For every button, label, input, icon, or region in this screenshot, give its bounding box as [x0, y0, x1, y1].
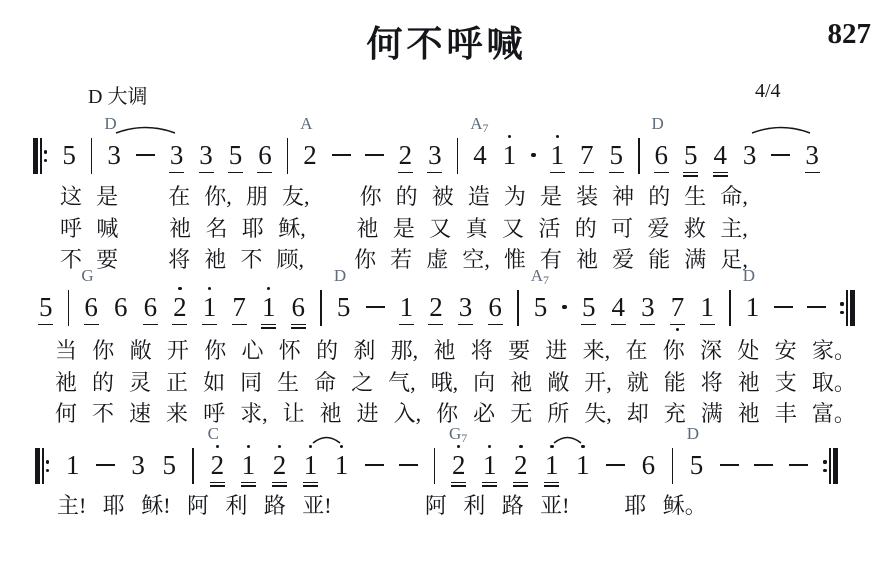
colon-dot: [840, 302, 843, 305]
octave-dot-slot-above: [172, 283, 188, 292]
lyric-gap: [386, 492, 408, 519]
octave-dot-slot-above: [202, 283, 218, 292]
octave-dot-slot-above: [754, 441, 773, 450]
lyric-char: 在: [625, 337, 647, 364]
note: 1: [65, 441, 81, 491]
note: 2C: [210, 441, 226, 491]
note-digit: 1: [399, 292, 415, 322]
note-body: [754, 450, 773, 480]
repeat-colon-dots: [44, 138, 47, 174]
note: 1: [334, 441, 350, 491]
underline-slot: [241, 480, 257, 491]
underline-slot: [487, 322, 503, 333]
octave-dot-slot-above: [531, 131, 536, 140]
note-body: 1: [550, 140, 566, 170]
note-body: 1: [261, 292, 277, 322]
lyric-char: 敞: [130, 337, 152, 364]
underline-slot: [198, 170, 214, 181]
note-body: [365, 450, 384, 480]
underline-slot: [789, 480, 808, 491]
duration-dash: [399, 441, 418, 491]
beam-underline: [172, 324, 187, 326]
lyric-gap: [586, 492, 608, 519]
note-body: 3: [742, 140, 758, 170]
underline-slot: [291, 322, 307, 333]
octave-dot-below-icon: [676, 328, 680, 332]
beam-underline: [241, 485, 256, 487]
underline-slot: [575, 480, 591, 491]
repeat-colon-dots: [46, 448, 49, 484]
note-digit: 5: [161, 450, 177, 480]
underline-slot: [531, 170, 536, 181]
note-digit: 1: [241, 450, 257, 480]
beam-underline: [579, 172, 594, 174]
duration-dash: [774, 283, 793, 333]
underline-slot: [640, 322, 656, 333]
lyric-char: 进: [357, 400, 379, 427]
note: 5: [61, 131, 77, 181]
octave-dot-slot-above: [804, 131, 820, 140]
note: 1: [202, 283, 218, 333]
chord-extension: 7: [461, 431, 467, 445]
underline-slot: [513, 480, 529, 491]
chord-root: G: [449, 424, 461, 443]
lyric-char: 祂: [356, 215, 378, 242]
lyric-char: 在: [168, 183, 190, 210]
refrain-line: 主!耶稣!阿利路亚!阿利路亚!耶稣。: [57, 492, 707, 524]
lyric-char: 灵: [129, 369, 151, 396]
note: 2A: [302, 131, 318, 181]
note-digit: 5: [608, 140, 624, 170]
augmentation-dot: [562, 283, 567, 333]
underline-slot: [257, 170, 273, 181]
lyric-char: 惟: [504, 246, 526, 273]
note: 1: [261, 283, 277, 333]
lyric-char: 你: [436, 400, 458, 427]
note-digit: 5: [336, 292, 352, 322]
chord-root: D: [687, 424, 699, 443]
note-body: 3: [427, 140, 443, 170]
octave-dot-slot-above: [427, 131, 443, 140]
underline-slot: [579, 170, 595, 181]
underline-slot: [398, 170, 414, 181]
note-digit: 5: [581, 292, 597, 322]
beam-underline: [700, 324, 715, 326]
note-digit: 5: [38, 292, 54, 322]
octave-dot-slot-above: [130, 441, 146, 450]
lyric-char: 深: [700, 337, 722, 364]
lyric-char: 向: [473, 369, 495, 396]
note-digit: 6: [143, 292, 159, 322]
underline-slot: [689, 480, 705, 491]
lyric-char: 能: [664, 369, 686, 396]
lyric-char: 的: [575, 215, 597, 242]
lyric-char: 支: [775, 369, 797, 396]
note-body: [531, 140, 536, 170]
underline-slot: [606, 480, 625, 491]
beam-underline: [202, 324, 217, 326]
lyric-char: 取。: [812, 369, 856, 396]
octave-dot-slot-above: [161, 441, 177, 450]
lyric-char: 又: [429, 215, 451, 242]
note-body: 3: [130, 450, 146, 480]
beam-underline: [683, 175, 698, 177]
note-body: 2: [210, 450, 226, 480]
beam-underline: [241, 482, 256, 484]
lyric-char: 你: [663, 337, 685, 364]
beam-underline: [291, 327, 306, 329]
octave-dot-slot-above: [61, 131, 77, 140]
underline-slot: [210, 480, 226, 491]
lyric-char: 来: [166, 400, 188, 427]
lyric-char: 朋: [246, 183, 268, 210]
octave-dot-above-icon: [581, 445, 585, 449]
lyric-char: 你: [360, 183, 382, 210]
lyric-char: 正: [166, 369, 188, 396]
note-digit: 1: [303, 450, 319, 480]
lyric-char: 开,: [584, 369, 612, 396]
note: 6: [487, 283, 503, 333]
octave-dot-above-icon: [267, 287, 271, 291]
chord-label: A7: [531, 269, 549, 283]
note: 5: [38, 283, 54, 333]
underline-slot: [113, 322, 129, 333]
beam-underline: [261, 324, 276, 326]
note: 5D: [336, 283, 352, 333]
duration-dash: [606, 441, 625, 491]
repeat-end-sign: [823, 448, 837, 484]
note-digit: 2: [428, 292, 444, 322]
note-body: 1: [65, 450, 81, 480]
underline-slot: [683, 170, 699, 181]
dash-icon: [771, 154, 790, 156]
beam-underline: [513, 482, 528, 484]
lyric-char: 这: [60, 183, 82, 210]
chord-root: D: [104, 114, 116, 133]
lyric-row: 不要将祂不顾,你若虚空,惟有祂爱能满足,: [60, 246, 748, 273]
lyric-char: 气,: [388, 369, 416, 396]
underline-slot: [336, 322, 352, 333]
note: 2: [398, 131, 414, 181]
lyric-char: 又: [502, 215, 524, 242]
lyric-char: 如: [203, 369, 225, 396]
underline-slot: [365, 480, 384, 491]
underline-slot: [754, 480, 773, 491]
octave-dot-slot-above: [550, 131, 566, 140]
octave-dot-slot-above: [513, 441, 529, 450]
note-body: 5: [689, 450, 705, 480]
underline-slot: [334, 480, 350, 491]
octave-dot-slot-above: [562, 283, 567, 292]
dot-icon: [562, 305, 567, 310]
lyric-char: 要: [96, 246, 118, 273]
note-digit: 3: [130, 450, 146, 480]
barline: [287, 138, 289, 174]
octave-dot-slot-above: [774, 283, 793, 292]
music-line-2: 56G66217165D12365A7543711D: [38, 283, 855, 333]
octave-dot-above-icon: [278, 445, 282, 449]
lyric-char: 稣。: [663, 492, 707, 519]
lyric-char: 稣!: [141, 492, 170, 519]
chord-label: D: [652, 117, 664, 131]
lyric-char: 生: [684, 183, 706, 210]
lyric-gap: [132, 246, 154, 273]
lyric-gap: [348, 492, 370, 519]
hymn-number: 827: [828, 18, 872, 51]
underline-slot: [427, 170, 443, 181]
dot-icon: [531, 153, 536, 158]
octave-dot-slot-above: [611, 283, 627, 292]
beam-underline: [713, 175, 728, 177]
octave-dot-above-icon: [508, 135, 512, 139]
note-body: [789, 450, 808, 480]
dash-icon: [774, 306, 793, 308]
note-body: 6: [291, 292, 307, 322]
underline-slot: [228, 170, 244, 181]
underline-slot: [807, 322, 826, 333]
lyric-char: 将: [471, 337, 493, 364]
thin-bar: [829, 448, 831, 484]
note-body: 3: [640, 292, 656, 322]
lyric-char: 亚!: [540, 492, 569, 519]
octave-dot-slot-above: [606, 441, 625, 450]
lyric-char: 怀: [279, 337, 301, 364]
lyric-char: 同: [240, 369, 262, 396]
note-digit: 1: [544, 450, 560, 480]
note-body: 1: [303, 450, 319, 480]
lyric-char: 爱: [647, 215, 669, 242]
note-digit: 1: [202, 292, 218, 322]
beam-underline: [272, 485, 287, 487]
lyric-gap: [320, 215, 342, 242]
note: 1: [502, 131, 518, 181]
lyric-char: 将: [701, 369, 723, 396]
underline-slot: [428, 322, 444, 333]
note-digit: 1: [550, 140, 566, 170]
note-body: 1: [482, 450, 498, 480]
underline-slot: [106, 170, 122, 181]
dash-icon: [720, 464, 739, 466]
underline-slot: [136, 170, 155, 181]
note-digit: 2: [302, 140, 318, 170]
lyric-char: 亚!: [302, 492, 331, 519]
dash-icon: [96, 464, 115, 466]
beam-underline: [451, 482, 466, 484]
lyric-char: 不: [92, 400, 114, 427]
lyric-char: 被: [432, 183, 454, 210]
lyric-char: 祂: [738, 400, 760, 427]
beam-underline: [581, 324, 596, 326]
lyric-char: 祂: [320, 400, 342, 427]
note-body: 4: [611, 292, 627, 322]
lyric-char: 真: [466, 215, 488, 242]
lyric-char: 所: [547, 400, 569, 427]
octave-dot-slot-above: [458, 283, 474, 292]
chord-label: A: [300, 117, 312, 131]
repeat-end-sign: [840, 290, 854, 326]
note-body: 6: [113, 292, 129, 322]
lyric-char: 命: [314, 369, 336, 396]
beam-underline: [272, 482, 287, 484]
note-digit: 5: [228, 140, 244, 170]
octave-dot-slot-above: [712, 131, 728, 140]
note-digit: 5: [689, 450, 705, 480]
underline-slot: [172, 322, 188, 333]
note: 2G7: [451, 441, 467, 491]
thick-bar: [33, 138, 38, 174]
chord-label: D: [104, 117, 116, 131]
lyric-char: 耶: [624, 492, 646, 519]
note-body: 1: [334, 450, 350, 480]
note-body: 3: [198, 140, 214, 170]
lyric-char: 失,: [584, 400, 612, 427]
note-digit: 6: [257, 140, 273, 170]
note-body: [136, 140, 155, 170]
lyric-char: 若: [390, 246, 412, 273]
note-body: [332, 140, 351, 170]
underline-slot: [533, 322, 549, 333]
underline-slot: [774, 322, 793, 333]
note-body: 5: [533, 292, 549, 322]
note-digit: 6: [83, 292, 99, 322]
note-body: [365, 140, 384, 170]
note-body: 6: [487, 292, 503, 322]
note: 3: [742, 131, 758, 181]
lyric-row: 主!耶稣!阿利路亚!阿利路亚!耶稣。: [57, 492, 707, 519]
duration-dash: [365, 131, 384, 181]
note-digit: 6: [113, 292, 129, 322]
octave-dot-slot-above: [65, 441, 81, 450]
note-body: 5: [228, 140, 244, 170]
note: 7: [579, 131, 595, 181]
lyric-gap: [133, 215, 155, 242]
chord-root: G: [81, 266, 93, 285]
note-body: 1: [202, 292, 218, 322]
note: 3D: [106, 131, 122, 181]
duration-dash: [789, 441, 808, 491]
chord-root: A: [300, 114, 312, 133]
note-digit: 5: [683, 140, 699, 170]
octave-dot-slot-above: [143, 283, 159, 292]
note-body: 1: [502, 140, 518, 170]
underline-slot: [745, 322, 761, 333]
note: 5: [228, 131, 244, 181]
colon-dot: [46, 460, 49, 463]
underline-slot: [399, 480, 418, 491]
note: 2: [172, 283, 188, 333]
music-line-1: 53D33562A234A711756D5433: [33, 131, 820, 181]
lyric-char: 主,: [720, 215, 748, 242]
lyric-char: 友,: [282, 183, 310, 210]
lyric-char: 可: [611, 215, 633, 242]
repeat-colon-dots: [840, 290, 843, 326]
beam-underline: [303, 482, 318, 484]
underline-slot: [451, 480, 467, 491]
note-body: [720, 450, 739, 480]
note-body: 2: [398, 140, 414, 170]
lyric-gap: [324, 183, 346, 210]
chord-label: G7: [449, 427, 467, 441]
lyric-char: 敞: [547, 369, 569, 396]
colon-dot: [840, 311, 843, 314]
beam-underline: [261, 327, 276, 329]
note-body: 2: [272, 450, 288, 480]
lyric-char: 耶: [242, 215, 264, 242]
octave-dot-slot-above: [641, 441, 657, 450]
octave-dot-slot-above: [608, 131, 624, 140]
octave-dot-slot-above: [502, 131, 518, 140]
underline-slot: [332, 170, 351, 181]
underline-slot: [482, 480, 498, 491]
hymn-title: 何不呼喊: [0, 16, 893, 67]
beam-underline: [640, 324, 655, 326]
duration-dash: [365, 441, 384, 491]
beam-underline: [427, 172, 442, 174]
octave-dot-slot-above: [198, 131, 214, 140]
note-body: 5: [581, 292, 597, 322]
beam-underline: [398, 172, 413, 174]
underline-slot: [83, 322, 99, 333]
octave-dot-slot-above: [640, 283, 656, 292]
lyric-char: 你,: [204, 183, 232, 210]
note: 6: [143, 283, 159, 333]
octave-dot-slot-above: [428, 283, 444, 292]
barline: [68, 290, 70, 326]
octave-dot-above-icon: [247, 445, 251, 449]
lyric-char: 家。: [812, 337, 856, 364]
lyric-char: 稣,: [278, 215, 306, 242]
chord-label: D: [334, 269, 346, 283]
dash-icon: [789, 464, 808, 466]
underline-slot: [581, 322, 597, 333]
dash-icon: [365, 464, 384, 466]
lyric-char: 速: [129, 400, 151, 427]
lyric-char: 处: [737, 337, 759, 364]
duration-dash: [807, 283, 826, 333]
note: 5: [683, 131, 699, 181]
note-body: [774, 292, 793, 322]
lyric-char: 呼: [60, 215, 82, 242]
dash-icon: [606, 464, 625, 466]
verse-block-2: 当你敞开你心怀的刹那,祂将要进来,在你深处安家。祂的灵正如同生命之气,哦,向祂敞…: [55, 337, 856, 432]
lyric-char: 祂: [204, 246, 226, 273]
note-digit: 1: [745, 292, 761, 322]
chord-root: D: [334, 266, 346, 285]
note: 3: [198, 131, 214, 181]
beam-underline: [805, 172, 820, 174]
lyric-char: 祂: [433, 337, 455, 364]
beam-underline: [399, 324, 414, 326]
note: 6: [257, 131, 273, 181]
note-digit: 3: [106, 140, 122, 170]
lyric-char: 路: [264, 492, 286, 519]
lyric-char: 是: [393, 215, 415, 242]
lyric-char: 却: [627, 400, 649, 427]
octave-dot-slot-above: [544, 441, 560, 450]
underline-slot: [641, 480, 657, 491]
hymn-sheet-page: 何不呼喊 827 D 大调 4/4 53D33562A234A711756D54…: [0, 0, 893, 565]
note-digit: 7: [231, 292, 247, 322]
octave-dot-slot-above: [720, 441, 739, 450]
lyric-char: 无: [510, 400, 532, 427]
octave-dot-slot-above: [699, 283, 715, 292]
beam-underline: [291, 324, 306, 326]
note: 3: [427, 131, 443, 181]
octave-dot-slot-above: [96, 441, 115, 450]
underline-slot: [562, 322, 567, 333]
note-body: 6: [143, 292, 159, 322]
lyric-char: 充: [664, 400, 686, 427]
